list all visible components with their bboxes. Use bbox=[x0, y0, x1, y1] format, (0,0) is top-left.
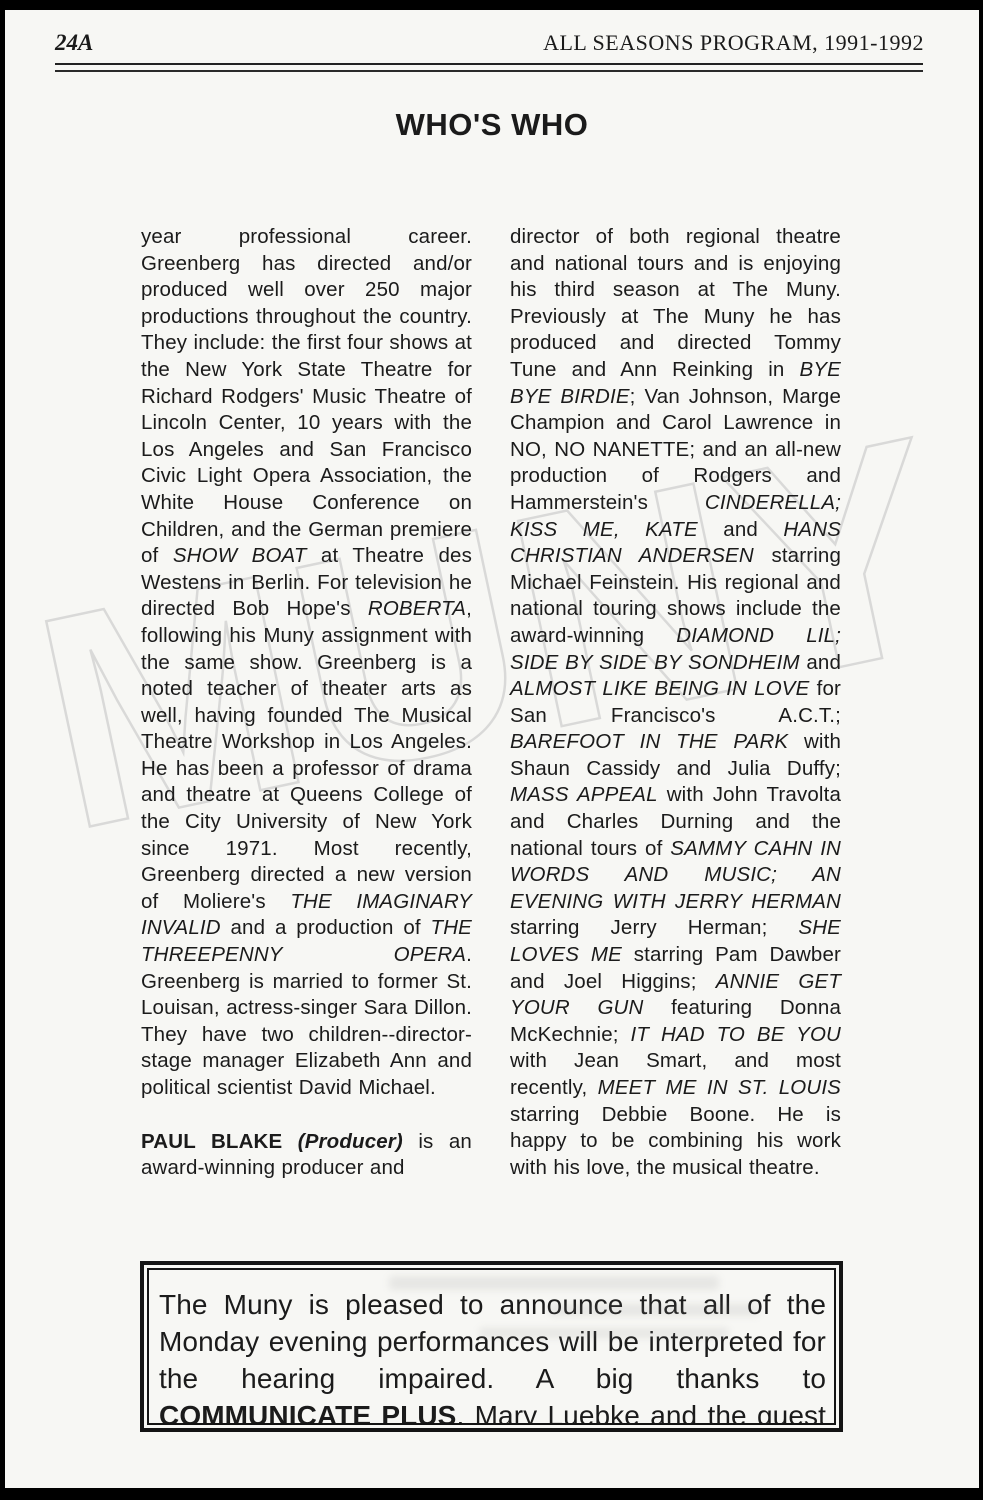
announcement-text: The Muny is pleased to announce that all… bbox=[147, 1268, 836, 1425]
emphasized-text-run: SHOW BOAT bbox=[173, 544, 307, 567]
emphasized-text-run: BAREFOOT IN THE PARK bbox=[510, 730, 788, 753]
header-divider-rule bbox=[55, 63, 923, 72]
text-run bbox=[282, 1130, 297, 1153]
emphasized-text-run: IT HAD TO BE YOU bbox=[631, 1023, 841, 1046]
emphasized-text-run: ALMOST LIKE BEING IN LOVE bbox=[510, 677, 809, 700]
header-program-title: ALL SEASONS PROGRAM, 1991-1992 bbox=[543, 30, 924, 56]
text-run: starring Jerry Herman; bbox=[510, 916, 798, 939]
emphasized-text-run: MEET ME IN ST. LOUIS bbox=[598, 1076, 841, 1099]
print-bleed-artifact bbox=[389, 1276, 719, 1290]
right-column: director of both regional theatre and na… bbox=[510, 224, 841, 1182]
text-run: , following his Muny assignment with the… bbox=[141, 597, 472, 913]
body-columns: year professional career. Greenberg has … bbox=[141, 224, 841, 1182]
announcement-box: The Muny is pleased to announce that all… bbox=[140, 1261, 843, 1432]
emphasized-text-run: ROBERTA bbox=[368, 597, 466, 620]
left-column: year professional career. Greenberg has … bbox=[141, 224, 472, 1182]
text-run: The Muny is pleased to announce that all… bbox=[159, 1289, 826, 1394]
text-run: and bbox=[698, 518, 784, 541]
text-run: year professional career. Greenberg has … bbox=[141, 225, 472, 567]
emphasized-text-run: PAUL BLAKE bbox=[141, 1130, 282, 1153]
text-run: and a production of bbox=[221, 916, 431, 939]
text-run: starring Debbie Boone. He is happy to be… bbox=[510, 1103, 841, 1179]
text-run: director of both regional theatre and na… bbox=[510, 225, 841, 381]
text-run: and bbox=[800, 651, 841, 674]
page-title: WHO'S WHO bbox=[5, 107, 979, 143]
page-number: 24A bbox=[55, 30, 93, 56]
emphasized-text-run: COMMUNICATE PLUS bbox=[159, 1400, 456, 1425]
emphasized-text-run: (Producer) bbox=[298, 1130, 403, 1153]
program-page: 24A ALL SEASONS PROGRAM, 1991-1992 WHO'S… bbox=[0, 0, 983, 1500]
emphasized-text-run: MASS APPEAL bbox=[510, 783, 658, 806]
paragraph: director of both regional theatre and na… bbox=[510, 224, 841, 1181]
page-header: 24A ALL SEASONS PROGRAM, 1991-1992 bbox=[55, 30, 924, 56]
paragraph: PAUL BLAKE (Producer) is an award-winnin… bbox=[141, 1129, 472, 1182]
paragraph: year professional career. Greenberg has … bbox=[141, 224, 472, 1102]
text-run: . Greenberg is married to former St. Lou… bbox=[141, 943, 472, 1099]
